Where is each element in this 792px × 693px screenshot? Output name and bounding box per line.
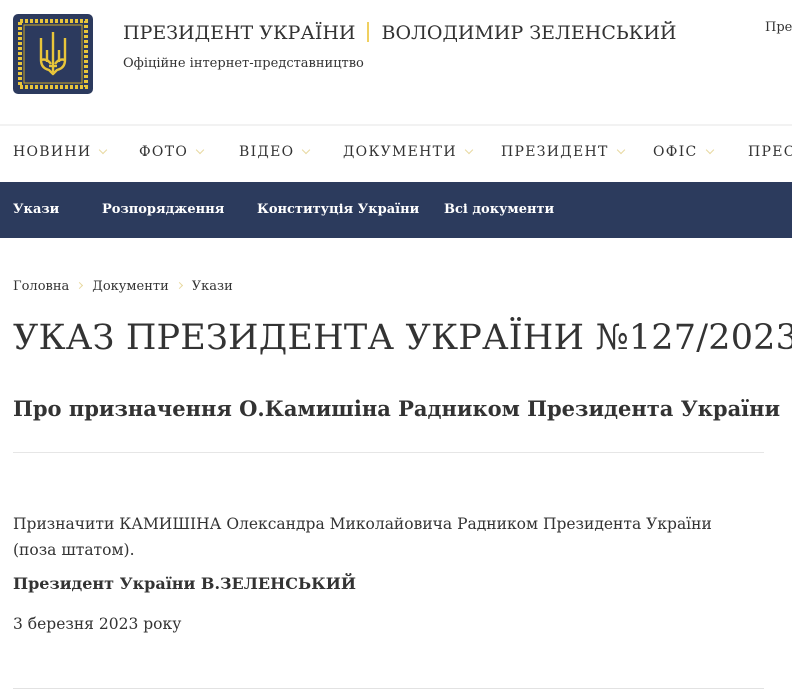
breadcrumb-documents[interactable]: Документи: [92, 279, 169, 294]
nav-item-press[interactable]: ПРЕС-: [748, 144, 792, 160]
nav-item-president[interactable]: ПРЕЗИДЕНТ: [501, 144, 624, 160]
document-signature: Президент України В.ЗЕЛЕНСЬКИЙ: [13, 574, 356, 593]
subnav-item-all-documents[interactable]: Всі документи: [444, 202, 554, 217]
press-link-truncated[interactable]: Пре: [765, 20, 792, 35]
breadcrumb: ГоловнаДокументиУкази: [13, 279, 233, 294]
breadcrumb-home[interactable]: Головна: [13, 279, 69, 294]
document-date: 3 березня 2023 року: [13, 615, 181, 633]
site-logo[interactable]: [13, 14, 93, 94]
subnav-item-constitution[interactable]: Конституція України: [257, 202, 419, 217]
site-title-president: ПРЕЗИДЕНТ УКРАЇНИ: [123, 22, 355, 44]
nav-item-documents[interactable]: ДОКУМЕНТИ: [343, 144, 472, 160]
document-subtitle: Про призначення О.Камишіна Радником През…: [13, 396, 780, 421]
chevron-right-icon: [76, 282, 83, 289]
chevron-down-icon: [465, 146, 473, 154]
nav-item-photo[interactable]: ФОТО: [139, 144, 203, 160]
subnav-item-decrees[interactable]: Укази: [13, 202, 59, 217]
nav-item-news[interactable]: НОВИНИ: [13, 144, 106, 160]
site-title[interactable]: ПРЕЗИДЕНТ УКРАЇНИВОЛОДИМИР ЗЕЛЕНСЬКИЙ: [123, 22, 677, 44]
site-subtitle: Офіційне інтернет-представництво: [123, 56, 364, 71]
main-navigation: НОВИНИ ФОТО ВІДЕО ДОКУМЕНТИ ПРЕЗИДЕНТ ОФ…: [0, 126, 792, 182]
chevron-down-icon: [99, 146, 107, 154]
page-title: УКАЗ ПРЕЗИДЕНТА УКРАЇНИ №127/2023: [13, 318, 792, 358]
chevron-down-icon: [302, 146, 310, 154]
chevron-down-icon: [196, 146, 204, 154]
documents-subnavigation: Укази Розпорядження Конституція України …: [0, 182, 792, 238]
chevron-down-icon: [705, 146, 713, 154]
site-header: ПРЕЗИДЕНТ УКРАЇНИВОЛОДИМИР ЗЕЛЕНСЬКИЙ Оф…: [0, 0, 792, 124]
divider: [13, 452, 764, 453]
nav-item-office[interactable]: ОФІС: [653, 144, 713, 160]
chevron-down-icon: [616, 146, 624, 154]
title-separator: [367, 22, 369, 42]
site-title-name: ВОЛОДИМИР ЗЕЛЕНСЬКИЙ: [381, 22, 676, 44]
divider: [13, 688, 764, 689]
nav-item-video[interactable]: ВІДЕО: [239, 144, 309, 160]
breadcrumb-decrees[interactable]: Укази: [192, 279, 233, 294]
trident-coat-of-arms-icon: [13, 14, 93, 94]
subnav-item-orders[interactable]: Розпорядження: [102, 202, 224, 217]
chevron-right-icon: [176, 282, 183, 289]
document-body: Призначити КАМИШІНА Олександра Миколайов…: [13, 511, 753, 563]
